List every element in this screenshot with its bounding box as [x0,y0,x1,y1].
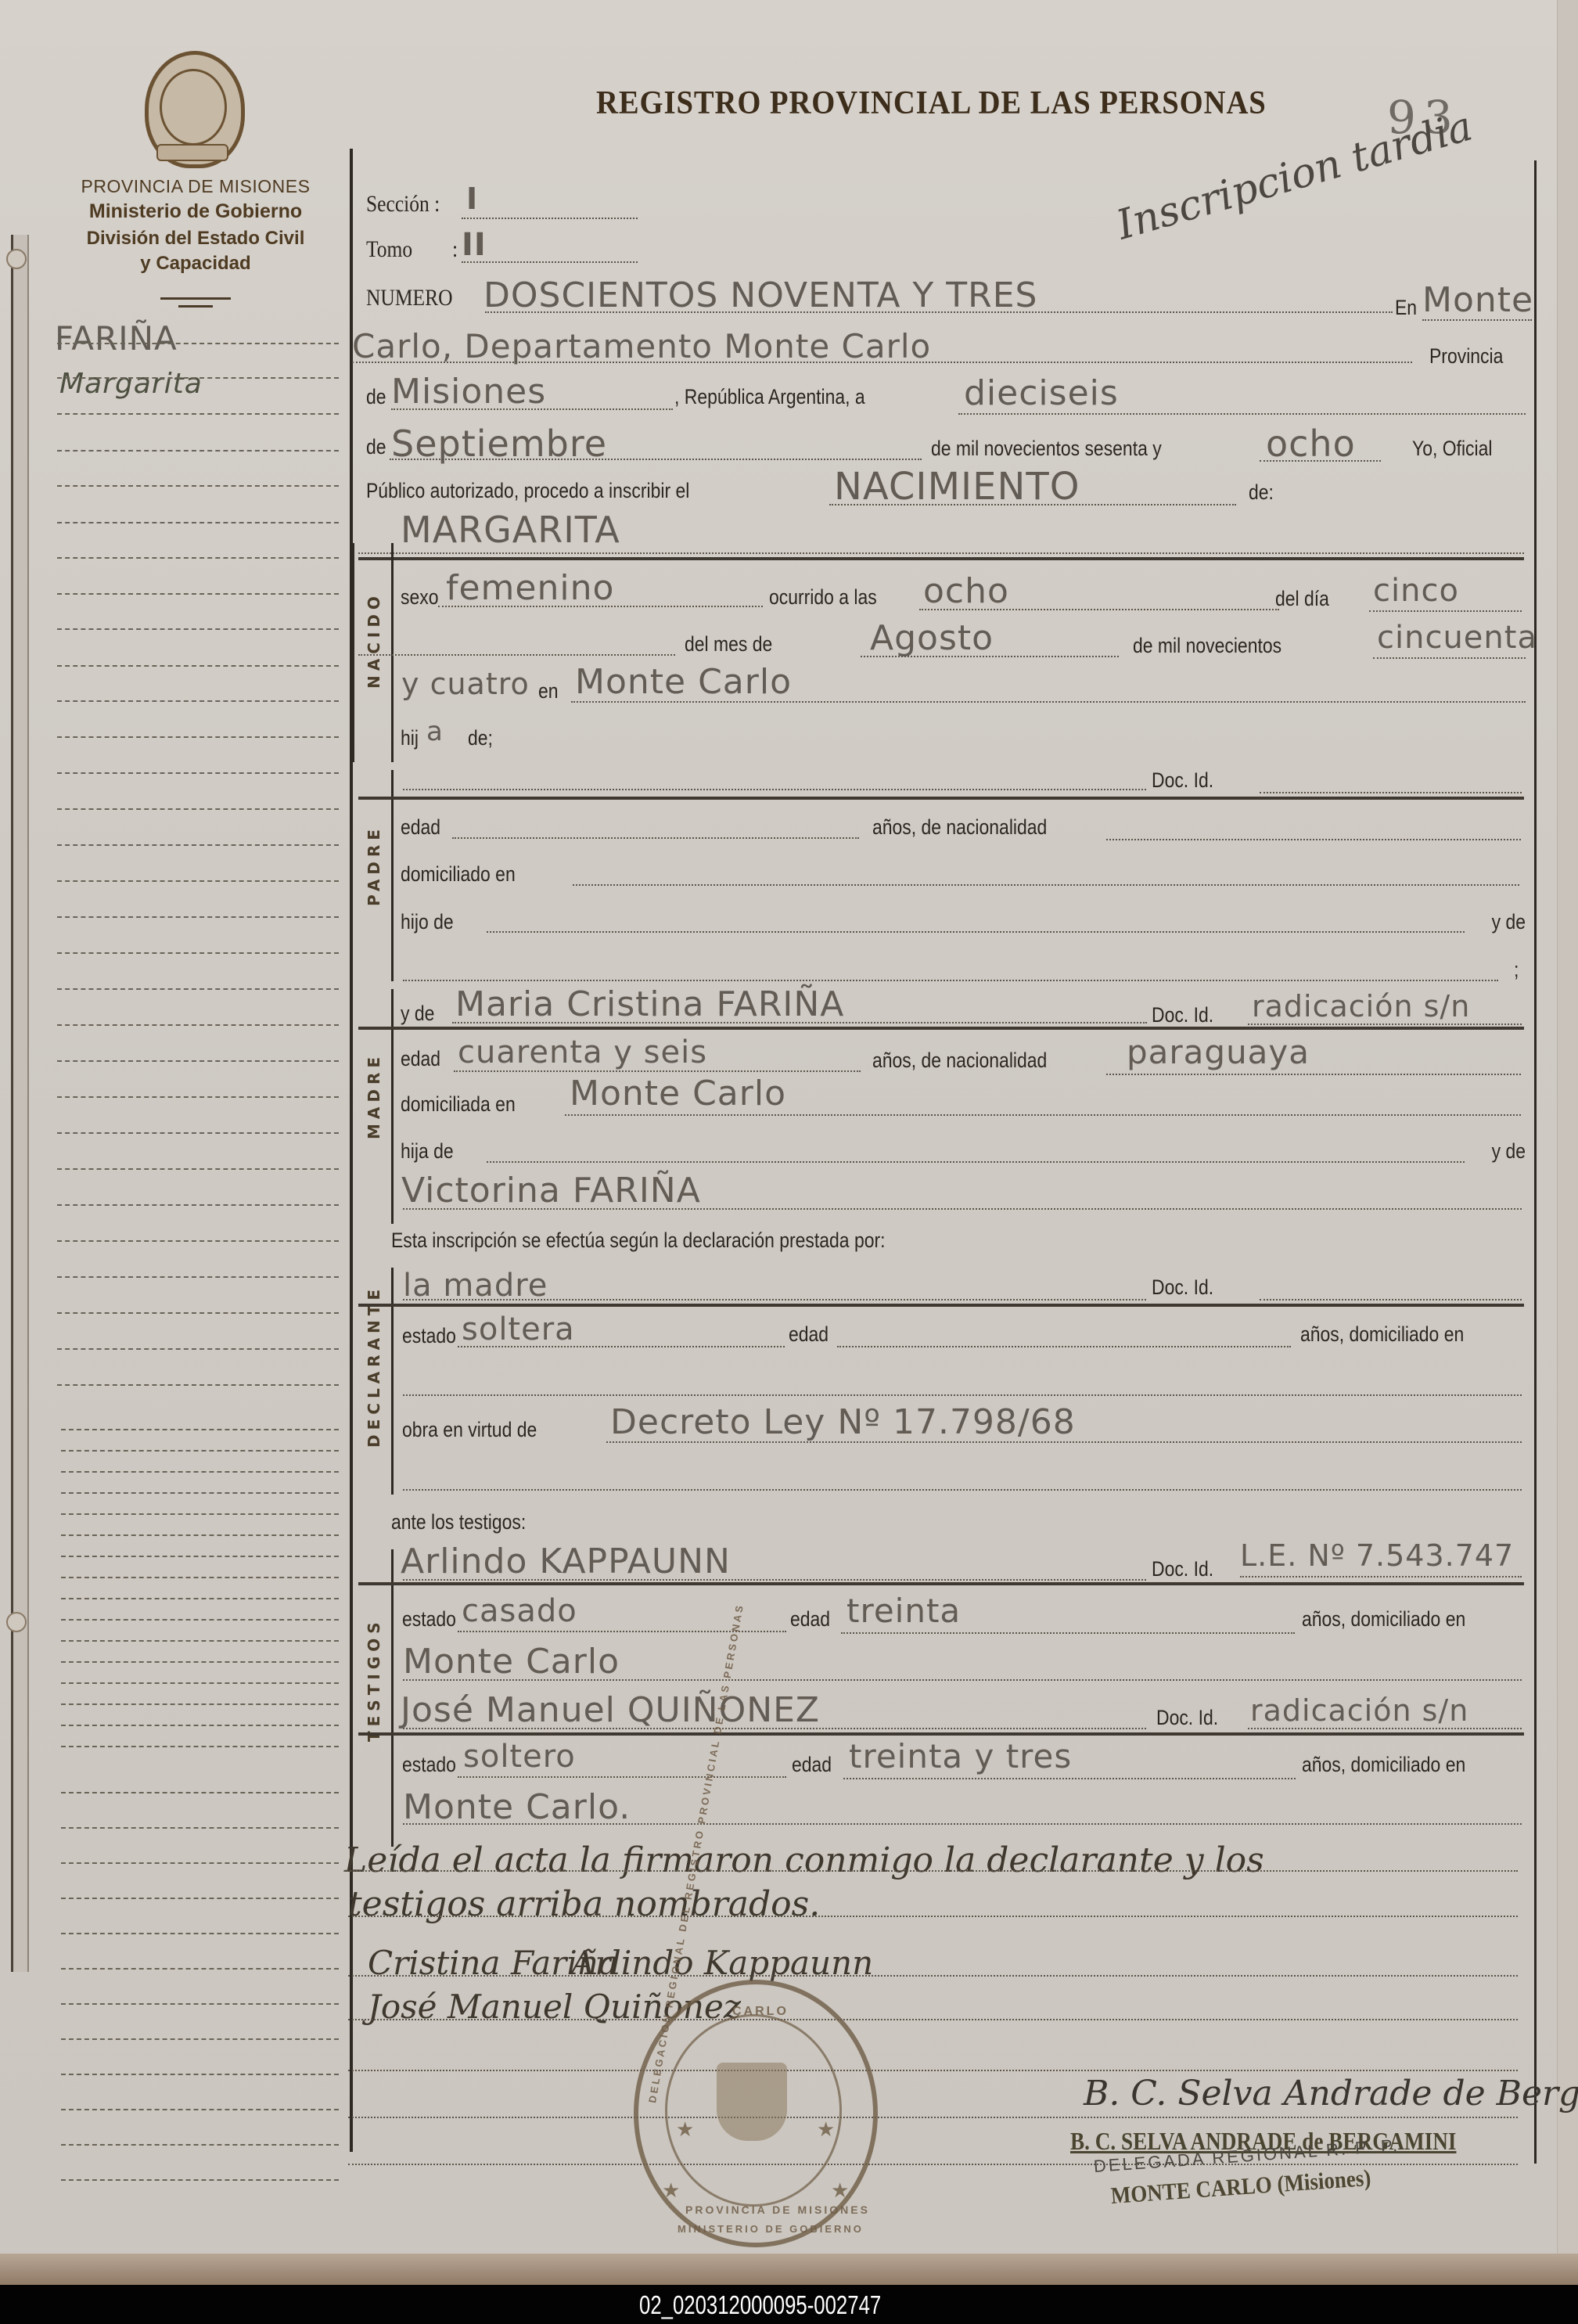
field-line [919,609,1279,610]
field-line [458,1776,786,1778]
field-line [438,606,763,607]
field-line [487,931,1465,933]
madre-domicilio-label: domiciliada en [401,1092,516,1117]
field-line [358,654,675,656]
field-line [958,413,1526,415]
field-line [1106,839,1521,840]
de-colon-label: de: [1249,480,1274,505]
sexo-label: sexo [401,585,438,610]
witness-edad-value: treinta y tres [849,1737,1072,1775]
section-divider [358,797,1524,800]
section-label-testigos: TESTIGOS [365,1617,383,1742]
declarante-estado-value: soltera [462,1311,575,1347]
field-line [358,552,1524,554]
en-label-nacido: en [538,679,559,703]
issuer-block: PROVINCIA DE MISIONES Ministerio de Gobi… [39,176,352,275]
anio-value: ocho [1266,423,1356,465]
section-label-madre: MADRE [365,1052,383,1139]
declarante-doc-label: Doc. Id. [1152,1275,1213,1300]
witness-edad-label: edad [792,1753,832,1777]
closing-line-2: testigos arriba nombrados. [348,1884,820,1924]
section-border [391,989,394,1224]
star-icon: ★ [676,2117,694,2142]
official-signature: B. C. Selva Andrade de Bergamini [1084,2074,1578,2114]
provincia-value: Misiones [391,372,546,412]
madre-doc-value: radicación s/n [1252,989,1470,1023]
field-line [391,408,673,410]
section-border [391,1549,394,1847]
field-line [1248,1728,1522,1729]
section-border [352,543,354,762]
madre-name: Maria Cristina FARIÑA [455,984,844,1024]
field-line [458,1346,785,1347]
de-label: de [366,385,386,409]
padre-semicolon: ; [1514,958,1519,982]
hijo-suffix: a [426,716,444,747]
field-line [403,1823,1522,1825]
declarante-domicilio-label: años, domiciliado en [1300,1322,1464,1347]
witness-doc-label: Doc. Id. [1156,1706,1218,1730]
field-line [1260,1299,1522,1301]
book-spine [11,235,29,1972]
binding-ring [6,1612,27,1632]
de2-label: de [366,435,386,459]
field-line [348,2164,1518,2165]
padre-domicilio-label: domiciliado en [401,862,516,887]
field-line [348,1916,1518,1917]
obra-value: Decreto Ley Nº 17.798/68 [610,1402,1076,1442]
oficial-label: Yo, Oficial [1412,437,1492,461]
field-line [565,1114,1521,1116]
en-label: En [1395,296,1417,320]
field-line [1260,460,1381,462]
numero-value: DOSCIENTOS NOVENTA Y TRES [483,275,1037,315]
star-icon: ★ [831,2178,849,2203]
dia-inscripcion-value: dieciseis [964,373,1119,413]
nacido-name: MARGARITA [401,509,620,551]
witness-edad-label: edad [790,1607,830,1631]
witness-doc-value: L.E. Nº 7.543.747 [1240,1538,1514,1573]
tomo-label: Tomo [366,236,412,263]
madre-nacionalidad-value: paraguaya [1127,1033,1310,1071]
madre-hija-de-label: hija de [401,1139,454,1164]
field-line [403,1489,1522,1491]
field-line [348,2117,1518,2118]
anio-label: de mil novecientos sesenta y [931,437,1162,461]
section-divider [358,557,1524,560]
field-line [1373,657,1526,659]
witness-name: José Manuel QUIÑONEZ [401,1690,820,1730]
field-line [571,701,1526,703]
stamp-bottom-text: MINISTERIO DE GOBIERNO [678,2223,864,2235]
image-id-label: 02_020312000095-002747 [639,2290,881,2320]
acto-value: NACIMIENTO [834,465,1080,509]
section-divider [358,1582,1524,1585]
seccion-value: I [466,182,478,216]
star-icon: ★ [662,2178,680,2203]
field-line [403,1728,1146,1729]
page-title: REGISTRO PROVINCIAL DE LAS PERSONAS [596,85,1267,122]
field-line [843,1778,1296,1779]
anio-nacimiento-value-2: y cuatro [401,667,530,701]
section-border [391,770,394,981]
margin-annotation: Inscripcion tardia [1112,103,1478,249]
section-label-declarante: DECLARANTE [365,1285,383,1448]
divider [160,297,231,300]
field-line [487,1161,1465,1163]
binding-ring [6,249,27,269]
issuer-capacity: y Capacidad [39,253,352,275]
field-line [837,1346,1291,1347]
field-line [348,2019,1518,2020]
declarante-intro: Esta inscripción se efectúa según la dec… [391,1229,885,1253]
declarante-estado-label: estado [402,1324,456,1348]
tomo-value: II [462,227,487,263]
numero-label: NUMERO [366,285,453,311]
field-line [403,789,1146,790]
mes-value: Agosto [870,618,994,658]
hora-label: ocurrido a las [769,585,877,610]
madre-edad-label: edad [401,1047,440,1071]
padre-doc-label: Doc. Id. [1152,768,1213,793]
field-line [352,362,1412,363]
field-line [462,261,638,263]
field-line [344,1870,1518,1872]
padre-hijo-de-label: hijo de [401,910,454,934]
obra-label: obra en virtud de [402,1418,537,1442]
field-line [452,837,859,839]
field-line [454,1070,861,1072]
field-line [1369,610,1522,612]
witness-estado-value: soltero [463,1739,576,1775]
madre-nacionalidad-label: años, de nacionalidad [872,1049,1047,1073]
field-line [1260,792,1522,793]
sexo-value: femenino [446,568,614,608]
page-edge [1557,0,1578,2285]
abuela-value: Victorina FARIÑA [401,1171,701,1211]
divider [178,305,213,308]
star-icon: ★ [817,2117,835,2142]
official-seal-stamp: CARLO DELEGACION REGIONAL DEL REGISTRO P… [634,1980,878,2247]
field-line [452,1022,1147,1023]
field-line [403,1579,1146,1581]
provincia-label: Provincia [1429,344,1503,369]
field-line [403,1679,1522,1681]
issuer-division: División del Estado Civil [39,228,352,250]
field-line [861,656,1119,657]
declarante-edad-label: edad [789,1322,829,1347]
anio-nacimiento-value-1: cincuenta [1377,620,1537,656]
mes-label: del mes de [685,632,772,657]
seccion-label: Sección : [366,191,440,218]
stamp-inner-text: PROVINCIA DE MISIONES [685,2203,870,2216]
witness-edad-value: treinta [847,1592,961,1630]
hijo-de-label: de; [468,726,493,750]
field-line [403,1299,1146,1301]
padre-y-de-label: y de [1486,910,1526,934]
page-bottom-edge [0,2254,1578,2285]
witness-estado-label: estado [402,1753,456,1777]
field-line [348,1975,1518,1977]
document-page: PROVINCIA DE MISIONES Ministerio de Gobi… [0,0,1578,2285]
field-line [1240,1576,1522,1578]
publico-label: Público autorizado, procedo a inscribir … [366,479,689,503]
testigos-intro: ante los testigos: [391,1510,526,1534]
dia-label: del día [1275,587,1329,611]
section-label-padre: PADRE [365,825,383,906]
stamp-top-text: CARLO [732,2005,789,2019]
madre-y-de-label-2: y de [1486,1139,1526,1164]
witness-doc-value: radicación s/n [1250,1693,1468,1728]
madre-domicilio-value: Monte Carlo [570,1074,786,1113]
witness-doc-label: Doc. Id. [1152,1557,1213,1581]
field-line [403,1208,1522,1210]
witness-domicilio-value: Monte Carlo. [403,1787,631,1827]
witness-estado-label: estado [402,1607,456,1631]
margin-surname: FARIÑA [55,319,178,358]
witness-domicilio-value: Monte Carlo [403,1642,620,1682]
margin-given-name: Margarita [59,368,203,400]
field-line [1106,1074,1521,1075]
witness-domicilio-label: años, domiciliado en [1302,1607,1465,1631]
field-line [606,1441,1522,1443]
madre-doc-label: Doc. Id. [1152,1003,1213,1027]
hora-value: ocho [923,571,1009,611]
en-value-1: Monte [1422,280,1533,320]
witness-estado-value: casado [462,1593,577,1629]
issuer-ministry: Ministerio de Gobierno [39,200,352,223]
field-line [390,459,922,460]
hijo-label: hij [401,726,419,750]
padre-edad-label: edad [401,815,440,840]
issuer-province: PROVINCIA DE MISIONES [39,176,352,197]
witness-domicilio-label: años, domiciliado en [1302,1753,1465,1777]
closing-line-1: Leída el acta la firmaron conmigo la dec… [344,1840,1264,1880]
section-border [391,543,394,762]
en-value-2: Carlo, Departamento Monte Carlo [352,327,931,365]
tomo-colon: : [452,236,458,263]
field-line [1248,1023,1522,1025]
republica-label: , República Argentina, a [674,385,865,409]
section-border [391,1268,394,1495]
image-id-bar: 02_020312000095-002747 [0,2285,1578,2324]
section-divider [358,1732,1524,1736]
madre-y-de-label: y de [401,1002,434,1026]
lugar-nacimiento-value: Monte Carlo [575,662,792,702]
dia-value: cinco [1373,573,1459,609]
section-divider [358,1027,1524,1030]
right-border [1534,160,1537,2164]
field-line [462,218,638,219]
section-divider [358,1304,1524,1307]
field-line [403,980,1498,981]
field-line [403,1394,1522,1396]
madre-edad-value: cuarenta y seis [458,1034,707,1070]
witness-name: Arlindo KAPPAUNN [401,1542,731,1581]
field-line [829,504,1236,505]
anio-nacimiento-label: de mil novecientos [1133,634,1281,658]
provincial-crest-icon [145,51,245,168]
field-line [485,311,1393,313]
field-line [841,1632,1295,1634]
padre-nacionalidad-label: años, de nacionalidad [872,815,1047,840]
shield-icon [717,2063,787,2141]
field-line [1422,319,1532,321]
field-line [573,884,1519,886]
field-line [348,2070,1518,2071]
section-label-nacido: NACIDO [365,592,383,689]
